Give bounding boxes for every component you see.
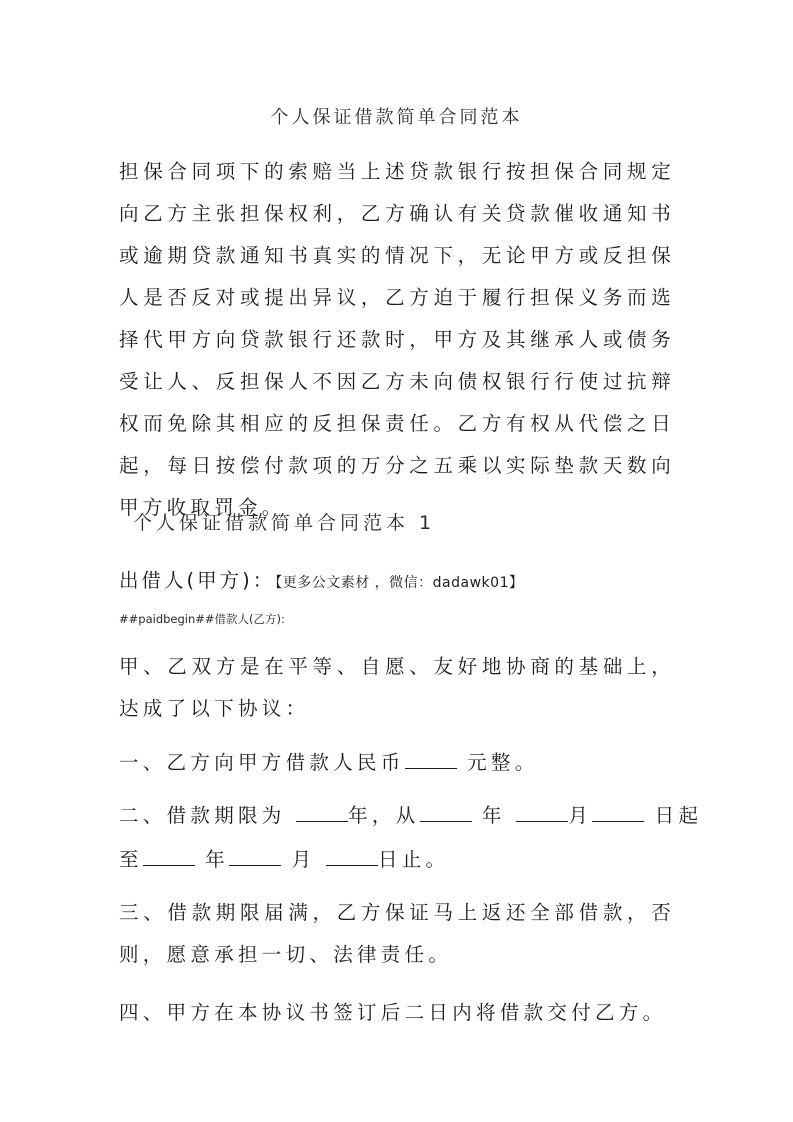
- clause-2-text: 年: [195, 848, 229, 871]
- clause-2-text: 年，从: [348, 804, 419, 827]
- clause-4: 四、甲方在本协议书签订后二日内将借款交付乙方。: [119, 997, 666, 1025]
- end-day-blank: [326, 847, 378, 866]
- start-year-blank: [420, 803, 472, 822]
- lender-note: 【更多公文素材 ，微信：dadawk01】: [275, 575, 523, 591]
- clause-3: 三、借款期限届满，乙方保证马上返还全部借款，否则，愿意承担一切、法律责任。: [119, 892, 675, 976]
- amount-blank: [405, 750, 457, 769]
- document-title: 个人保证借款简单合同范本: [0, 103, 793, 129]
- intro-paragraph: 担保合同项下的索赔当上述贷款银行按担保合同规定向乙方主张担保权利，乙方确认有关贷…: [119, 151, 675, 529]
- clause-2-text: 月: [568, 804, 592, 827]
- clause-2-text: 月: [281, 848, 326, 871]
- clause-2-text: 日止。: [378, 848, 449, 871]
- lender-label: 出借人(甲方)：: [119, 569, 275, 592]
- end-year-blank: [143, 847, 195, 866]
- clause-2-line-2: 至 年 月 日止。: [119, 844, 449, 872]
- clause-2-text: 二、借款期限为: [119, 804, 296, 827]
- clause-2-text: 至: [119, 848, 143, 871]
- years-blank: [296, 803, 348, 822]
- document-page: 个人保证借款简单合同范本 担保合同项下的索赔当上述贷款银行按担保合同规定向乙方主…: [0, 0, 793, 1122]
- clause-1-prefix: 一、乙方向甲方借款人民币: [119, 751, 405, 774]
- agreement-intro: 甲、乙双方是在平等、自愿、友好地协商的基础上，达成了以下协议：: [119, 646, 675, 730]
- clause-2-text: 年: [472, 804, 517, 827]
- start-month-blank: [516, 803, 568, 822]
- clause-1: 一、乙方向甲方借款人民币 元整。: [119, 747, 539, 775]
- borrower-line: ##paidbegin##借款人(乙方):: [119, 611, 285, 627]
- section-title: 个人保证借款简单合同范本 1: [133, 508, 435, 535]
- start-day-blank: [592, 803, 644, 822]
- lender-line: 出借人(甲方)：【更多公文素材 ，微信：dadawk01】: [119, 565, 523, 593]
- end-month-blank: [229, 847, 281, 866]
- clause-2-line-1: 二、借款期限为 年，从 年 月 日起: [119, 800, 702, 828]
- clause-1-suffix: 元整。: [457, 751, 539, 774]
- clause-2-text: 日起: [644, 804, 702, 827]
